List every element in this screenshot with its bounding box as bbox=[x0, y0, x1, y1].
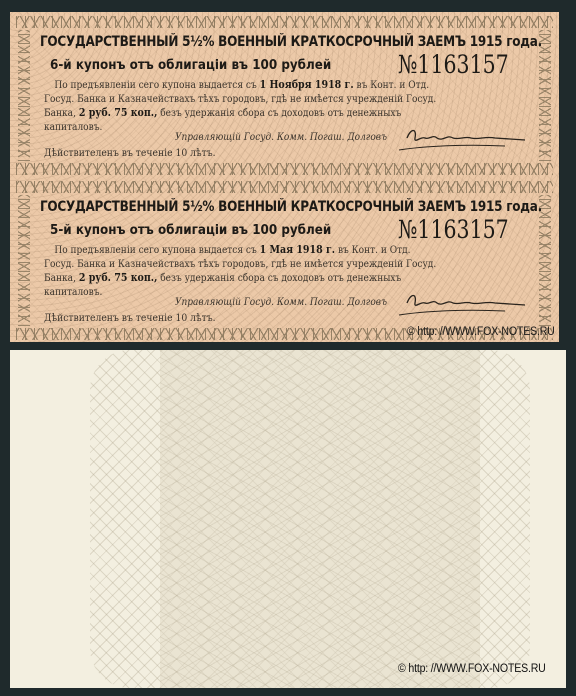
ornamental-border bbox=[16, 163, 553, 175]
coupon-sheet-reverse bbox=[10, 350, 566, 688]
serial-number: №1163157 bbox=[398, 215, 509, 244]
serial-number: №1163157 bbox=[398, 50, 509, 79]
payment-date: 1 Ноября 1918 г. bbox=[260, 78, 354, 91]
coupon-6: ГОСУДАРСТВЕННЫЙ 5½% ВОЕННЫЙ КРАТКОСРОЧНЫ… bbox=[10, 12, 559, 177]
signature-icon bbox=[395, 124, 535, 160]
body-line: По предъявленіи сего купона выдается съ bbox=[54, 244, 256, 256]
coupon-5: ГОСУДАРСТВЕННЫЙ 5½% ВОЕННЫЙ КРАТКОСРОЧНЫ… bbox=[10, 177, 559, 342]
coupon-subtitle: 6-й купонъ отъ облигаціи въ 100 рублей bbox=[50, 58, 331, 73]
payment-amount: 2 руб. 75 коп., bbox=[79, 271, 158, 284]
ornamental-border bbox=[18, 30, 30, 161]
body-line: въ Конт. и Отд. bbox=[338, 244, 411, 256]
body-line: безъ удержанія сбора съ доходовъ отъ ден… bbox=[160, 107, 401, 119]
copyright-watermark: © http: //WWW.FOX-NOTES.RU bbox=[407, 326, 555, 338]
ornamental-border bbox=[16, 181, 553, 193]
body-line: По предъявленіи сего купона выдается съ bbox=[54, 79, 256, 91]
payment-date: 1 Мая 1918 г. bbox=[260, 243, 335, 256]
validity-text: Дѣйствителенъ въ теченіе 10 лѣтъ. bbox=[44, 312, 216, 324]
coupon-sheet-front: ГОСУДАРСТВЕННЫЙ 5½% ВОЕННЫЙ КРАТКОСРОЧНЫ… bbox=[10, 12, 559, 342]
body-line: Банка, bbox=[44, 272, 76, 284]
coupon-title: ГОСУДАРСТВЕННЫЙ 5½% ВОЕННЫЙ КРАТКОСРОЧНЫ… bbox=[40, 199, 530, 215]
coupon-subtitle: 5-й купонъ отъ облигаціи въ 100 рублей bbox=[50, 223, 331, 238]
body-line: Банка, bbox=[44, 107, 76, 119]
copyright-watermark: © http: //WWW.FOX-NOTES.RU bbox=[398, 663, 546, 675]
manager-caption: Управляющій Госуд. Комм. Погаш. Долговъ bbox=[175, 132, 387, 143]
signature-icon bbox=[395, 289, 535, 325]
body-line: Госуд. Банка и Казначействахъ тѣхъ город… bbox=[44, 93, 530, 107]
coupon-title: ГОСУДАРСТВЕННЫЙ 5½% ВОЕННЫЙ КРАТКОСРОЧНЫ… bbox=[40, 34, 530, 50]
ornamental-border bbox=[16, 16, 553, 28]
body-line: въ Конт. и Отд. bbox=[357, 79, 430, 91]
ornamental-border bbox=[18, 195, 30, 326]
body-line: безъ удержанія сбора съ доходовъ отъ ден… bbox=[160, 272, 401, 284]
manager-caption: Управляющій Госуд. Комм. Погаш. Долговъ bbox=[175, 297, 387, 308]
payment-amount: 2 руб. 75 коп., bbox=[79, 106, 158, 119]
validity-text: Дѣйствителенъ въ теченіе 10 лѣтъ. bbox=[44, 147, 216, 159]
body-line: Госуд. Банка и Казначействахъ тѣхъ город… bbox=[44, 258, 530, 272]
lace-pattern bbox=[160, 350, 480, 688]
